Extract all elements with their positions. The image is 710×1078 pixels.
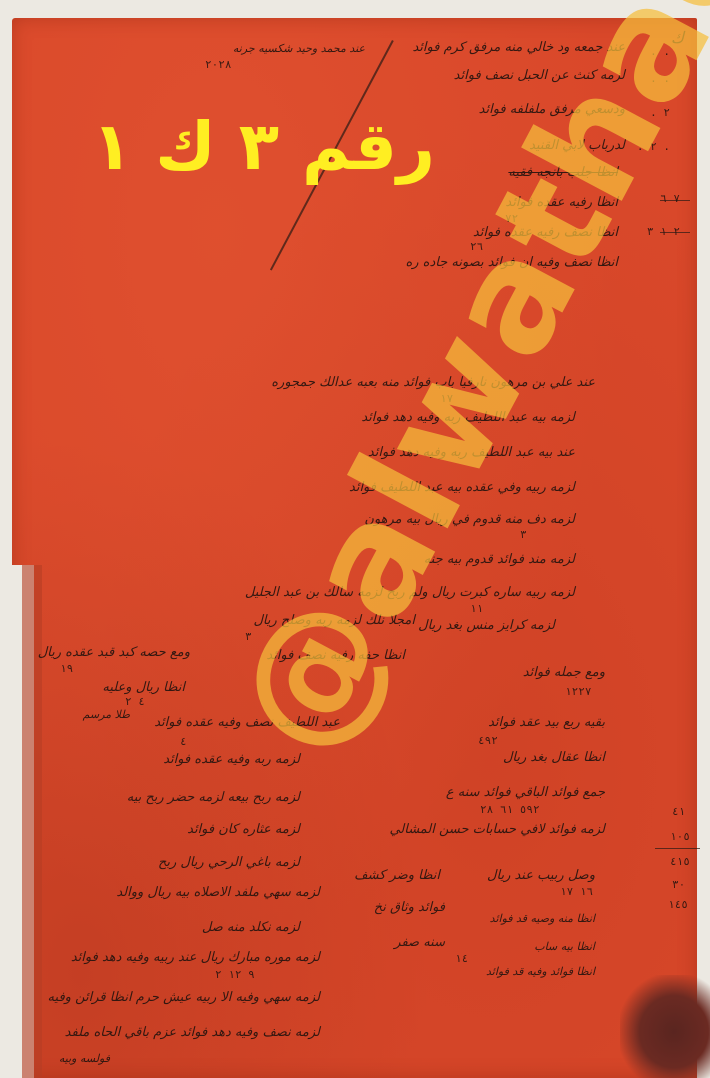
- ledger-right-sub: ١٤: [455, 952, 468, 965]
- ledger-left-sub: ٩ ١٢ ٢: [215, 968, 255, 981]
- header-note: عند محمد وحيد شكسيه جرنه: [233, 42, 365, 55]
- ledger-left-entry: لزمه موره مبارك ريال عند ربيه وفيه دهد ف…: [71, 950, 320, 965]
- margin-number: ٣٠: [672, 878, 685, 891]
- ledger-right-entry: وصل ربيب عند ريال: [487, 868, 595, 883]
- ledger-left-entry: لزمه نكلد منه صل: [202, 920, 300, 935]
- ledger-rule: [655, 848, 700, 849]
- ledger-right-entry: ومع جمله فوائد: [523, 665, 605, 680]
- ledger-left-sub: ٤: [180, 735, 187, 748]
- header-note-number: ٢٠٢٨: [205, 58, 232, 71]
- ledger-left-entry: لزمه سهي ملفد الاصلاه بيه ريال ووالد: [116, 885, 320, 900]
- ledger-left-entry: لزمه عثاره كان فوائد: [187, 822, 300, 837]
- ledger-right-entry: انظا فوائد وفيه قد فوائد: [486, 965, 595, 978]
- ledger-left-sub: ٤ ٢: [125, 695, 145, 708]
- ledger-right-entry: لزمه فوائد لافي حسابات حسن المشالي: [389, 822, 605, 837]
- ledger-left-entry: فولسه وبيه: [59, 1052, 110, 1065]
- ledger-left-entry: لزمه سهي وفيه الا ربيه عيش حرم انظا قرائ…: [48, 990, 320, 1005]
- ledger-left-entry: طلا مرسم: [83, 708, 130, 721]
- ledger-right-sub: ٥٩٢ ٦١ ٢٨: [480, 803, 540, 816]
- ledger-middle-sub: ٣: [520, 528, 527, 541]
- ledger-left-entry: انظا ريال وعليه: [102, 680, 185, 695]
- ledger-left-sub: ١٩: [60, 662, 73, 675]
- ledger-right-entry: انظا عقال بغد ريال: [503, 750, 605, 765]
- ledger-left-entry: لزمه ربه وفيه عقده فوائد: [163, 752, 300, 767]
- ledger-right-entry: سنه صفر: [394, 935, 445, 950]
- ledger-right-entry: فوائد وثاق نخ: [374, 900, 445, 915]
- ledger-right-sub: ١٢٢٧: [565, 685, 592, 698]
- ledger-rule: [660, 200, 690, 201]
- ledger-right-entry: جمع فوائد الباقي فوائد سنه ع: [446, 785, 605, 800]
- ledger-left-entry: ومع حصه كبد قبد عقده ريال: [38, 645, 190, 660]
- margin-number: ٤١٥: [670, 855, 690, 868]
- ledger-right-sub: ١٦ ١٧: [560, 885, 593, 898]
- paper-edge-shadow: [22, 565, 42, 1078]
- stamp-label: رقم ٣ ك ١: [75, 108, 435, 185]
- ledger-left-entry: لزمه ربح بيعه لزمه حضر ربح بيه: [127, 790, 300, 805]
- ledger-right-sub: ٤٩٢: [478, 734, 498, 747]
- ledger-left-entry: لزمه باغي الرحي ريال ربح: [158, 855, 300, 870]
- margin-number: ١٤٥: [668, 898, 688, 911]
- ledger-right-entry: بقيه ربع بيد عقد فوائد: [488, 715, 605, 730]
- ink-stain: [620, 975, 710, 1078]
- ledger-right-entry: انظا وضر كشف: [354, 868, 440, 883]
- margin-number: ٤١: [672, 805, 685, 818]
- ledger-left-entry: لزمه نصف وفيه دهد فوائد عزم باقي الحاه م…: [65, 1025, 320, 1040]
- ledger-right-entry: انظا منه وصيه قد فوائد: [490, 912, 595, 925]
- margin-number: ١٠٥: [670, 830, 690, 843]
- ledger-rule: [660, 232, 690, 233]
- ledger-right-entry: انظا بيه ساب: [534, 940, 595, 953]
- ledger-middle-sub: ١١: [470, 602, 483, 615]
